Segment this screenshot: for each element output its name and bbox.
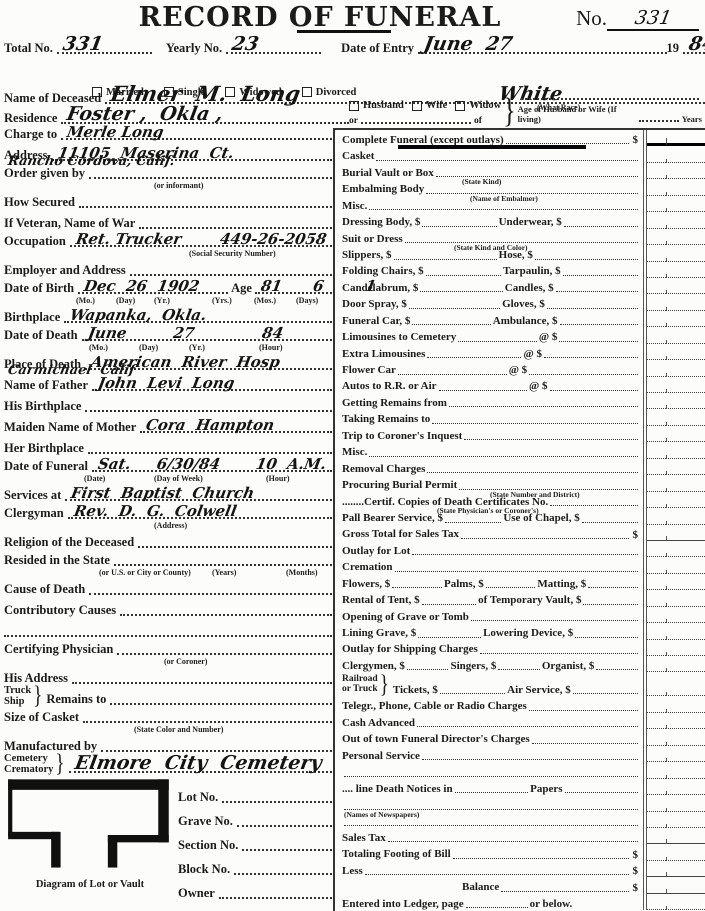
brace-label: or Truck: [342, 685, 378, 695]
money-column-cell: [646, 623, 705, 639]
dotted-leader: [547, 305, 638, 309]
field-label: Block No.: [178, 863, 234, 877]
money-column-cell: [646, 163, 705, 179]
charge-label: Folding Chairs, $: [342, 266, 424, 278]
dotted-line: [222, 797, 332, 803]
dotted-line: [72, 678, 332, 684]
date-of-entry-line: June 27: [418, 48, 666, 54]
dollar-sign: $: [633, 849, 639, 861]
money-column-cell: [646, 212, 705, 228]
dotted-leader: [417, 723, 638, 727]
charge-outlay-for-shipping-charges: Outlay for Shipping Charges: [342, 640, 705, 656]
dotted-leader: [453, 855, 629, 859]
charge-label: Entered into Ledger, page: [342, 899, 464, 911]
field-cause-of-death: Cause of Death: [4, 576, 332, 597]
dotted-leader: [440, 690, 505, 694]
charge-burial-vault-or-box: Burial Vault or Box(State Kind): [342, 163, 705, 179]
charge-row-content: Extra Limousines@ $: [342, 349, 643, 361]
dotted-leader: [596, 666, 638, 670]
dotted-leader: [532, 740, 638, 744]
charge-label: Outlay for Lot: [342, 546, 410, 558]
dotted-line: [237, 821, 332, 827]
money-column-cell: [646, 311, 705, 327]
money-column-cell: [646, 861, 705, 877]
dotted-line: John Levi Long: [92, 385, 332, 391]
total-no-label: Total No.: [4, 42, 57, 56]
charge-embalming-body: Embalming Body(Name of Embalmer): [342, 179, 705, 195]
dotted-leader: [560, 321, 638, 325]
field-remains-to: TruckShip}Remains to: [4, 686, 332, 707]
field-label: Birthplace: [4, 311, 64, 325]
charge-row-content: Cash Advanced: [342, 718, 643, 730]
age-sublabel-line: Age of Husband or Wife (If living) Years: [518, 104, 702, 124]
charge-label: Totaling Footing of Bill: [342, 849, 451, 861]
money-column-cell: [646, 278, 705, 294]
charge-lining-grave: Lining Grave, $Lowering Device, $: [342, 623, 705, 639]
money-column-cell: [646, 459, 705, 475]
money-cell-cents: [666, 906, 705, 910]
charge-row-content: Gross Total for Sales Tax$: [342, 529, 643, 541]
charge-label: Papers: [530, 784, 562, 796]
charge-casket: Casket: [342, 146, 705, 162]
field-date-of-death: Date of DeathJune 27 84(Mo.)(Day)(Yr.)(H…: [4, 325, 332, 351]
dotted-line: Elmore City Cemetery: [69, 767, 333, 773]
age-of-spouse-block: Age of Husband or Wife (If living) Years: [518, 98, 702, 124]
dollar-sign: $: [633, 529, 639, 541]
brace-label: Crematory: [4, 764, 53, 775]
money-column-cell: [646, 294, 705, 310]
dotted-leader: [376, 157, 638, 161]
dotted-line: Ret. Trucker449-26-2058: [70, 241, 332, 247]
dotted-leader: [464, 436, 638, 440]
dotted-leader: [449, 403, 638, 407]
charge-label: Opening of Grave or Tomb: [342, 612, 469, 624]
money-column-cell: [646, 812, 705, 828]
field-address: Address11105 Maserina Ct.Rancho Cordova,…: [4, 142, 332, 163]
age-of-spouse-label: Age of Husband or Wife (If living): [518, 104, 636, 124]
spouse-option-husband: Husband: [349, 100, 404, 111]
charge-label: Matting, $: [537, 579, 586, 591]
money-column-cell: [646, 762, 705, 778]
handwritten-entry-right: 449-26-2058: [218, 232, 327, 247]
charge-row-content: Taking Remains to: [342, 414, 643, 426]
charge-label: .... line Death Notices in: [342, 784, 453, 796]
handwritten-entry-right: 10 A.M.: [255, 457, 328, 472]
lot-section: Diagram of Lot or Vault Lot No.Grave No.…: [6, 777, 332, 901]
money-column-cell: [646, 696, 705, 712]
charge-label: Dressing Body, $: [342, 217, 420, 229]
dotted-leader: [388, 838, 638, 842]
charge-row-content: Personal Service: [342, 751, 643, 763]
money-column-cell: [646, 409, 705, 425]
dotted-line: [114, 560, 332, 566]
field-label: Order given by: [4, 167, 89, 181]
money-column-cell: [646, 672, 705, 696]
brace-labels: TruckShip: [4, 685, 31, 707]
dotted-leader: [480, 650, 638, 654]
lot-field-grave-no: Grave No.: [178, 805, 332, 829]
field-maiden-name-of-mother: Maiden Name of MotherCora Hampton: [4, 414, 332, 435]
money-column-cell: [646, 607, 705, 623]
charge-label: Tickets, $: [393, 685, 438, 697]
charge-label: of Temporary Vault, $: [478, 595, 581, 607]
brace-icon: }: [55, 749, 64, 779]
charge-telegr-phone-cable-or-radio-charges: Telegr., Phone, Cable or Radio Charges: [342, 696, 705, 712]
handwritten-entry: First Baptist Church: [70, 486, 256, 501]
year-value: 84: [687, 35, 705, 54]
brace-group: CemeteryCrematory}: [4, 753, 67, 775]
money-column-cell: [646, 344, 705, 360]
money-column-cell: [646, 574, 705, 590]
charge-label: Palms, $: [444, 579, 484, 591]
charge-sales-tax: Sales Tax: [342, 828, 705, 844]
charge-flowers: Flowers, $Palms, $Matting, $: [342, 574, 705, 590]
charge-row-content: Trip to Coroner's Inquest: [342, 431, 643, 443]
charge-row-content: Out of town Funeral Director's Charges: [342, 734, 643, 746]
handwritten-entry-second-line: Rancho Cordova, Calif.: [7, 155, 176, 168]
charge-flower-car: Flower Car@ $: [342, 360, 705, 376]
age-dots-line: [521, 98, 699, 100]
charge-label: Gross Total for Sales Tax: [342, 529, 459, 541]
field-label: Certifying Physician: [4, 643, 117, 657]
dotted-leader: [506, 140, 629, 144]
charge-label: Procuring Burial Permit: [342, 480, 457, 492]
charge-row-content: Getting Remains from: [342, 398, 643, 410]
field-label: His Birthplace: [4, 400, 85, 414]
field-services-at: Services atFirst Baptist Church: [4, 482, 332, 503]
dotted-leader: [486, 584, 536, 588]
money-column-cell: [646, 475, 705, 491]
field-label: Services at: [4, 489, 65, 503]
spouse-checkbox-line: Husband Wife Widow: [349, 96, 501, 111]
charge-row-content: Door Spray, $Gloves, $: [342, 299, 643, 311]
money-column-cell: [646, 713, 705, 729]
charge-label: Limousines to Cemetery: [342, 332, 456, 344]
field-date-of-funeral: Date of FuneralSat. 6/30/8410 A.M.(Date)…: [4, 456, 332, 482]
charge-line-death-notices-in: .... line Death Notices inPapers: [342, 779, 705, 795]
field-label: Resided in the State: [4, 554, 114, 568]
charge-label: @ $: [523, 349, 541, 361]
charge-balance: Balance$: [342, 877, 705, 893]
charge-label: Embalming Body: [342, 184, 424, 196]
dotted-leader: [458, 338, 537, 342]
money-column-cell: [646, 828, 705, 844]
charge-row-content: Autos to R.R. or Air@ $: [342, 381, 643, 393]
dotted-leader: [466, 904, 528, 908]
lot-vault-diagram: [6, 777, 174, 872]
dotted-leader: [369, 453, 638, 457]
charge-gross-total-for-sales-tax: Gross Total for Sales Tax$: [342, 525, 705, 541]
charge-row-content: Flower Car@ $: [342, 365, 643, 377]
dollar-sign: $: [633, 882, 639, 894]
dotted-leader: [412, 551, 638, 555]
year-line: 84: [683, 48, 705, 54]
dotted-line: Dec 26 1902: [78, 288, 228, 294]
charge-label: Outlay for Shipping Charges: [342, 644, 478, 656]
spouse-brace: }: [503, 91, 515, 132]
dotted-line: Wapanka, Okla.: [64, 317, 332, 323]
handwritten-entry: Sat. 6/30/84: [97, 457, 222, 472]
field-certifying-physician: Certifying Physician(or Coroner): [4, 639, 332, 665]
charge-opening-of-grave-or-tomb: Opening of Grave or Tomb: [342, 607, 705, 623]
field-contributory-causes: Contributory Causes: [4, 597, 332, 618]
money-column-cell: [646, 262, 705, 278]
form-number-block: No. 331: [576, 6, 699, 31]
brace-label: Truck: [4, 685, 31, 696]
dotted-line: Rev. D. G. Colwell: [68, 513, 332, 519]
dotted-line: [242, 845, 332, 851]
field-label: Name of Father: [4, 379, 92, 393]
charge-label: Clergymen, $: [342, 661, 405, 673]
charge-misc: Misc.: [342, 442, 705, 458]
charge-label: Removal Charges: [342, 464, 425, 476]
dollar-sign: $: [633, 865, 639, 877]
handwritten-entry: Rev. D. G. Colwell: [72, 504, 237, 519]
money-column-cell: [646, 360, 705, 376]
charge-row-content: Railroador Truck}Tickets, $Air Service, …: [342, 674, 643, 696]
lot-field-section-no: Section No.: [178, 829, 332, 853]
dotted-leader: [582, 519, 638, 523]
dotted-leader: [407, 666, 449, 670]
charge-label: Candles, $: [505, 283, 554, 295]
charge-funeral-car: Funeral Car, $Ambulance, $: [342, 311, 705, 327]
charge-row-content: Misc.: [342, 447, 643, 459]
dotted-leader: [461, 535, 629, 539]
handwritten-entry: Wapanka, Okla.: [69, 308, 208, 323]
charge-row-content: Sales Tax: [342, 833, 643, 845]
record-of-funeral-form: RECORD OF FUNERAL No. 331 Total No. 331 …: [0, 0, 705, 911]
dotted-line: [139, 223, 332, 229]
field-label: Employer and Address: [4, 264, 130, 278]
charge-names-of-newspapers: (Names of Newspapers): [342, 795, 705, 811]
charge-label: Personal Service: [342, 751, 420, 763]
dotted-leader: [394, 256, 497, 260]
year-prefix: 19: [667, 42, 684, 56]
dotted-leader: [550, 387, 639, 391]
dotted-line: [4, 631, 332, 637]
field-occupation: OccupationRet. Trucker449-26-2058(Social…: [4, 231, 332, 257]
charge-row-content: Outlay for Shipping Charges: [342, 644, 643, 656]
money-column-cell: [646, 746, 705, 762]
brace-label: Cemetery: [4, 753, 53, 764]
dotted-leader: [344, 773, 638, 777]
dotted-line: [89, 589, 332, 595]
field-label: Section No.: [178, 839, 242, 853]
charge-row-content: Outlay for Lot: [342, 546, 643, 558]
charge-label: Autos to R.R. or Air: [342, 381, 437, 393]
charge-label: Ambulance, $: [493, 316, 558, 328]
dotted-line: [117, 649, 332, 655]
field-label: Her Birthplace: [4, 442, 88, 456]
brace-label: Ship: [4, 696, 31, 707]
charge-row-content: .... line Death Notices inPapers: [342, 784, 643, 796]
field-label: Grave No.: [178, 815, 237, 829]
or-label: or: [349, 116, 358, 126]
spouse-or-of-line: or of: [349, 111, 501, 126]
money-column-cell: [646, 130, 705, 146]
charge-row-content: Cremation: [342, 562, 643, 574]
money-column-cell: [646, 656, 705, 672]
yearly-no-line: 23: [226, 48, 321, 54]
dotted-line: Merle Long: [61, 134, 332, 140]
field-place-of-death: Place of DeathAmerican River HospCarmich…: [4, 351, 332, 372]
dotted-leader: [418, 634, 481, 638]
field-date-of-birth: Date of BirthDec 26 1902Age81 6 1(Mo.)(D…: [4, 278, 332, 304]
field-label: Date of Birth: [4, 282, 78, 296]
dotted-line: [219, 893, 332, 899]
charge-label: Candelabrum, $: [342, 283, 418, 295]
dotted-line: Cora Hampton: [140, 427, 332, 433]
money-column-cell: [646, 541, 705, 557]
dotted-leader: [427, 354, 521, 358]
or-of-dots: [361, 119, 471, 124]
dotted-leader: [426, 272, 501, 276]
charge-row-content: Dressing Body, $Underwear, $: [342, 217, 643, 229]
dotted-leader: [369, 206, 638, 210]
charge-label: Out of town Funeral Director's Charges: [342, 734, 530, 746]
money-column-cell: [646, 590, 705, 606]
money-column-cell: [646, 894, 705, 910]
charge-label: Flower Car: [342, 365, 396, 377]
dotted-line: Sat. 6/30/8410 A.M.: [92, 466, 332, 472]
entry-row: Total No. 331 Yearly No. 23 Date of Entr…: [4, 33, 705, 56]
dotted-line: [120, 610, 332, 616]
diagram-caption: Diagram of Lot or Vault: [6, 879, 174, 890]
field-label: Owner: [178, 887, 219, 901]
field-label: Occupation: [4, 235, 70, 249]
charge-sublabel: (Name of Embalmer): [470, 194, 538, 203]
charge-row-content: Flowers, $Palms, $Matting, $: [342, 579, 643, 591]
charge-rental-of-tent: Rental of Tent, $of Temporary Vault, $: [342, 590, 705, 606]
handwritten-entry: Merle Long: [66, 125, 165, 140]
charge-row-content: Less$: [342, 865, 643, 877]
charge-label: Telegr., Phone, Cable or Radio Charges: [342, 701, 527, 713]
total-no-value: 331: [61, 35, 104, 54]
charge-removal-charges: Removal Charges: [342, 459, 705, 475]
handwritten-entry: Cora Hampton: [145, 418, 276, 433]
dotted-line: [130, 270, 332, 276]
money-column-cell: [646, 179, 705, 195]
charge-label: Trip to Coroner's Inquest: [342, 431, 462, 443]
dotted-leader: [395, 568, 638, 572]
money-column-cell: [646, 877, 705, 893]
date-of-entry-value: June 27: [422, 35, 514, 54]
checkbox-husband-icon: [349, 101, 359, 111]
handwritten-entry: Elmore City Cemetery: [73, 754, 323, 773]
charge-label: Lining Grave, $: [342, 628, 416, 640]
charge-outlay-for-lot: Outlay for Lot: [342, 541, 705, 557]
charge-label: Casket: [342, 151, 374, 163]
dotted-leader: [565, 789, 639, 793]
dotted-leader: [422, 601, 477, 605]
diagram-block: Diagram of Lot or Vault: [6, 777, 178, 901]
yearly-no-value: 23: [230, 35, 260, 54]
field-mid-label: Age: [228, 282, 255, 296]
dotted-leader: [445, 519, 501, 523]
dotted-leader: [583, 601, 638, 605]
dotted-line: [110, 699, 332, 705]
charge-totaling-footing-of-bill: Totaling Footing of Bill$: [342, 844, 705, 860]
charge-label: Flowers, $: [342, 579, 390, 591]
of-label: of: [474, 116, 482, 126]
money-column-cell: [646, 146, 705, 162]
charge-row-content: Opening of Grave or Tomb: [342, 612, 643, 624]
spouse-option-widow: Widow: [455, 100, 501, 111]
money-column-cell: [646, 245, 705, 261]
brace-group: TruckShip}: [4, 685, 44, 707]
field-religion-of-the-deceased: Religion of the Deceased: [4, 529, 332, 550]
charge-extra-limousines: Extra Limousines@ $: [342, 344, 705, 360]
charge-procuring-burial-permit: Procuring Burial Permit(State Number and…: [342, 475, 705, 491]
charge-complete-funeral-except-outlays: Complete Funeral (except outlays)$: [342, 130, 705, 146]
dotted-line: [83, 717, 332, 723]
charge-label: or below.: [530, 899, 573, 911]
charge-sublabel: (State Number and District): [490, 490, 580, 499]
field-label: Contributory Causes: [4, 604, 120, 618]
money-column-cell: [646, 196, 705, 212]
charge-getting-remains-from: Getting Remains from: [342, 393, 705, 409]
brace-labels: Railroador Truck: [342, 675, 378, 695]
charge-sublabel: (State Physician's or Coroner's): [437, 506, 539, 515]
left-fields-column: Charge toMerle LongAddress11105 Maserina…: [4, 121, 332, 775]
spouse-block: Husband Wife Widow or of } Age of Husban…: [349, 96, 702, 126]
charge-limousines-to-cemetery: Limousines to Cemetery@ $: [342, 327, 705, 343]
money-column-cell: [646, 844, 705, 860]
charge-label: Rental of Tent, $: [342, 595, 420, 607]
total-no-line: 331: [57, 48, 152, 54]
charge-label: Burial Vault or Box: [342, 168, 434, 180]
lot-field-owner: Owner: [178, 877, 332, 901]
charge-label: Suit or Dress: [342, 234, 403, 246]
charge-row-content: Entered into Ledger, pageor below.: [342, 899, 643, 911]
yearly-no-label: Yearly No.: [152, 42, 226, 56]
charge-label: Funeral Car, $: [342, 316, 410, 328]
field-label: Date of Funeral: [4, 460, 92, 474]
dotted-line: [138, 542, 332, 548]
form-number-value: 331: [607, 9, 699, 31]
brace-labels: CemeteryCrematory: [4, 753, 53, 775]
charge-row-content: Limousines to Cemetery@ $: [342, 332, 643, 344]
lot-fields: Lot No.Grave No.Section No.Block No.Owne…: [178, 777, 332, 901]
charge-candelabrum: Candelabrum, $Candles, $: [342, 278, 705, 294]
charge-sublabel: (Names of Newspapers): [344, 810, 419, 819]
charge-row-content: Balance$: [342, 882, 643, 894]
dotted-leader: [529, 707, 638, 711]
charge-personal-service: Personal Service: [342, 746, 705, 762]
charge-blank-line: [342, 762, 705, 778]
handwritten-entry: Ret. Trucker: [74, 232, 182, 247]
money-column-cell: [646, 795, 705, 811]
charge-label: Door Spray, $: [342, 299, 407, 311]
spouse-options: Husband Wife Widow or of: [349, 96, 501, 126]
charge-label: Misc.: [342, 447, 367, 459]
dotted-leader: [439, 387, 528, 391]
charge-label: Singers, $: [450, 661, 496, 673]
dotted-leader: [550, 502, 638, 506]
charge-autos-to-r-r-or-air: Autos to R.R. or Air@ $: [342, 377, 705, 393]
dollar-sign: $: [633, 134, 639, 146]
charges-box: Complete Funeral (except outlays)$Casket…: [333, 128, 705, 911]
money-cell-dollars: [647, 906, 666, 910]
charge-row-content: Funeral Car, $Ambulance, $: [342, 316, 643, 328]
charge-label: @ $: [509, 365, 527, 377]
dotted-line: [89, 173, 332, 179]
money-column-cell: [646, 557, 705, 573]
field-label: If Veteran, Name of War: [4, 217, 139, 231]
money-column-cell: [646, 426, 705, 442]
dotted-leader: [398, 371, 507, 375]
dotted-line: 81 6 1: [255, 288, 332, 294]
